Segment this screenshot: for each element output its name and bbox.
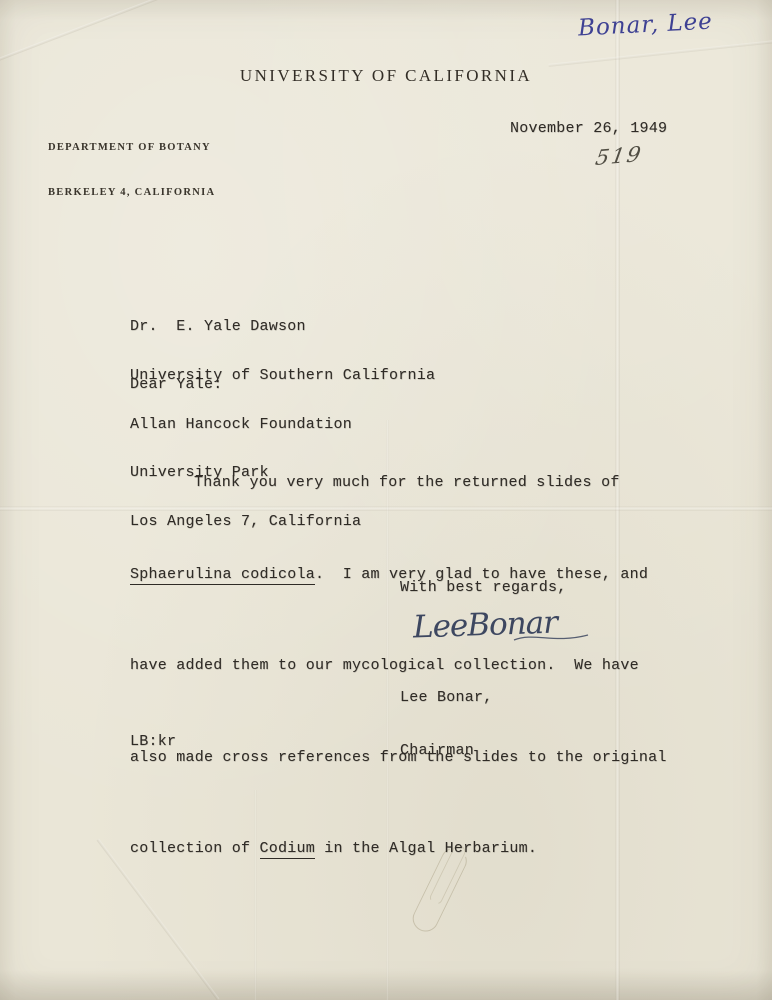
recipient-name: Dr. E. Yale Dawson: [130, 319, 435, 335]
closing-regards: With best regards,: [400, 579, 567, 596]
reference-initials: LB:kr: [130, 733, 176, 750]
salutation: Dear Yale:: [130, 376, 223, 393]
signed-name-block: Lee Bonar, Chairman: [400, 654, 493, 794]
body-line-5-text: collection of: [130, 840, 260, 857]
top-right-crease: [548, 40, 772, 67]
typed-signer-name: Lee Bonar,: [400, 689, 493, 707]
body-line-5: collection of Codium in the Algal Herbar…: [130, 834, 667, 865]
letterhead-department-line: DEPARTMENT OF BOTANY: [48, 140, 215, 155]
letter-body: Thank you very much for the returned sli…: [130, 407, 667, 926]
body-line-1: Thank you very much for the returned sli…: [130, 468, 667, 499]
top-left-corner-crease: [0, 0, 167, 61]
body-line-4: also made cross references from the slid…: [130, 743, 667, 774]
date-line: November 26, 1949: [510, 120, 667, 137]
handwritten-signature: LeeBonar: [412, 604, 557, 645]
handwritten-catalog-number: 519: [594, 142, 645, 170]
underlined-species-name: Sphaerulina codicola: [130, 566, 315, 585]
body-line-2: Sphaerulina codicola. I am very glad to …: [130, 560, 667, 591]
body-line-5-end: in the Algal Herbarium.: [315, 840, 537, 857]
typed-signer-title: Chairman: [400, 742, 493, 760]
body-line-3: have added them to our mycological colle…: [130, 651, 667, 682]
scanned-letter-page: Bonar, Lee UNIVERSITY OF CALIFORNIA DEPA…: [0, 0, 772, 1000]
handwritten-name-annotation: Bonar, Lee: [577, 8, 713, 41]
letterhead-city-line: BERKELEY 4, CALIFORNIA: [48, 185, 215, 200]
letterhead-university-title: UNIVERSITY OF CALIFORNIA: [0, 66, 772, 86]
letterhead-department-block: DEPARTMENT OF BOTANY BERKELEY 4, CALIFOR…: [48, 110, 215, 230]
underlined-genus-name: Codium: [260, 840, 316, 859]
